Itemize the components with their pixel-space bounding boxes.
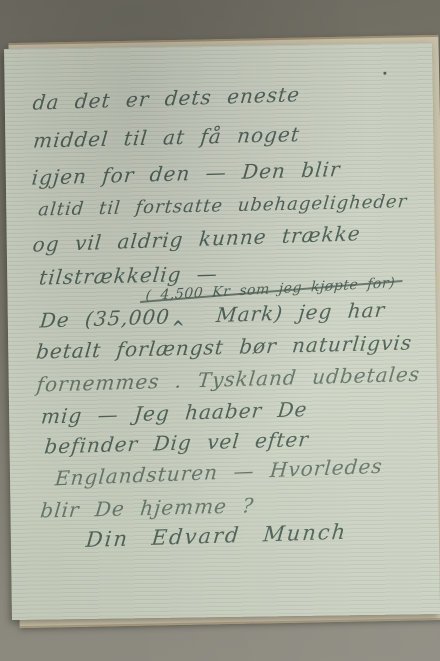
handwritten-text: fornemmes . Tyskland udbetales: [36, 362, 422, 397]
handwritten-text: blir De hjemme ?: [39, 493, 255, 522]
handwritten-text: igjen for den — Den blir: [31, 157, 342, 190]
handwritten-text: Din Edvard Munch: [85, 520, 349, 552]
letter-paper: ^ da det er dets enestemiddel til at få …: [4, 43, 440, 620]
signature-line: Din Edvard Munch: [85, 520, 349, 552]
handwritten-text: befinder Dig vel efter: [43, 427, 310, 458]
handwritten-text: mig — Jeg haaber De: [40, 397, 309, 428]
handwritten-line: og vil aldrig kunne trække: [32, 221, 362, 256]
handwritten-text: altid til fortsatte ubehageligheder: [37, 191, 408, 220]
handwritten-line: De (35,000 Mark) jeg har: [39, 298, 387, 333]
handwritten-text: betalt forlængst bør naturligvis: [35, 330, 413, 363]
handwritten-line: middel til at få noget: [32, 122, 301, 153]
handwritten-line: mig — Jeg haaber De: [40, 397, 309, 428]
handwritten-text: da det er dets eneste: [32, 82, 301, 114]
handwritten-line: da det er dets eneste: [32, 82, 301, 114]
handwritten-line: befinder Dig vel efter: [43, 427, 310, 458]
handwritten-line: blir De hjemme ?: [39, 493, 255, 522]
handwritten-text: middel til at få noget: [32, 122, 301, 153]
handwritten-line: Englandsturen — Hvorledes: [54, 454, 384, 491]
letter-text-layer: ^ da det er dets enestemiddel til at få …: [4, 43, 440, 620]
handwritten-text: De (35,000 Mark) jeg har: [39, 298, 387, 333]
handwritten-text: Englandsturen — Hvorledes: [54, 454, 384, 491]
handwritten-text: og vil aldrig kunne trække: [32, 221, 362, 256]
handwritten-line: igjen for den — Den blir: [31, 157, 342, 190]
handwritten-line: betalt forlængst bør naturligvis: [35, 330, 413, 363]
handwritten-line: fornemmes . Tyskland udbetales: [36, 362, 422, 397]
photograph: ^ da det er dets enestemiddel til at få …: [0, 0, 440, 661]
handwritten-line: altid til fortsatte ubehageligheder: [37, 191, 408, 220]
